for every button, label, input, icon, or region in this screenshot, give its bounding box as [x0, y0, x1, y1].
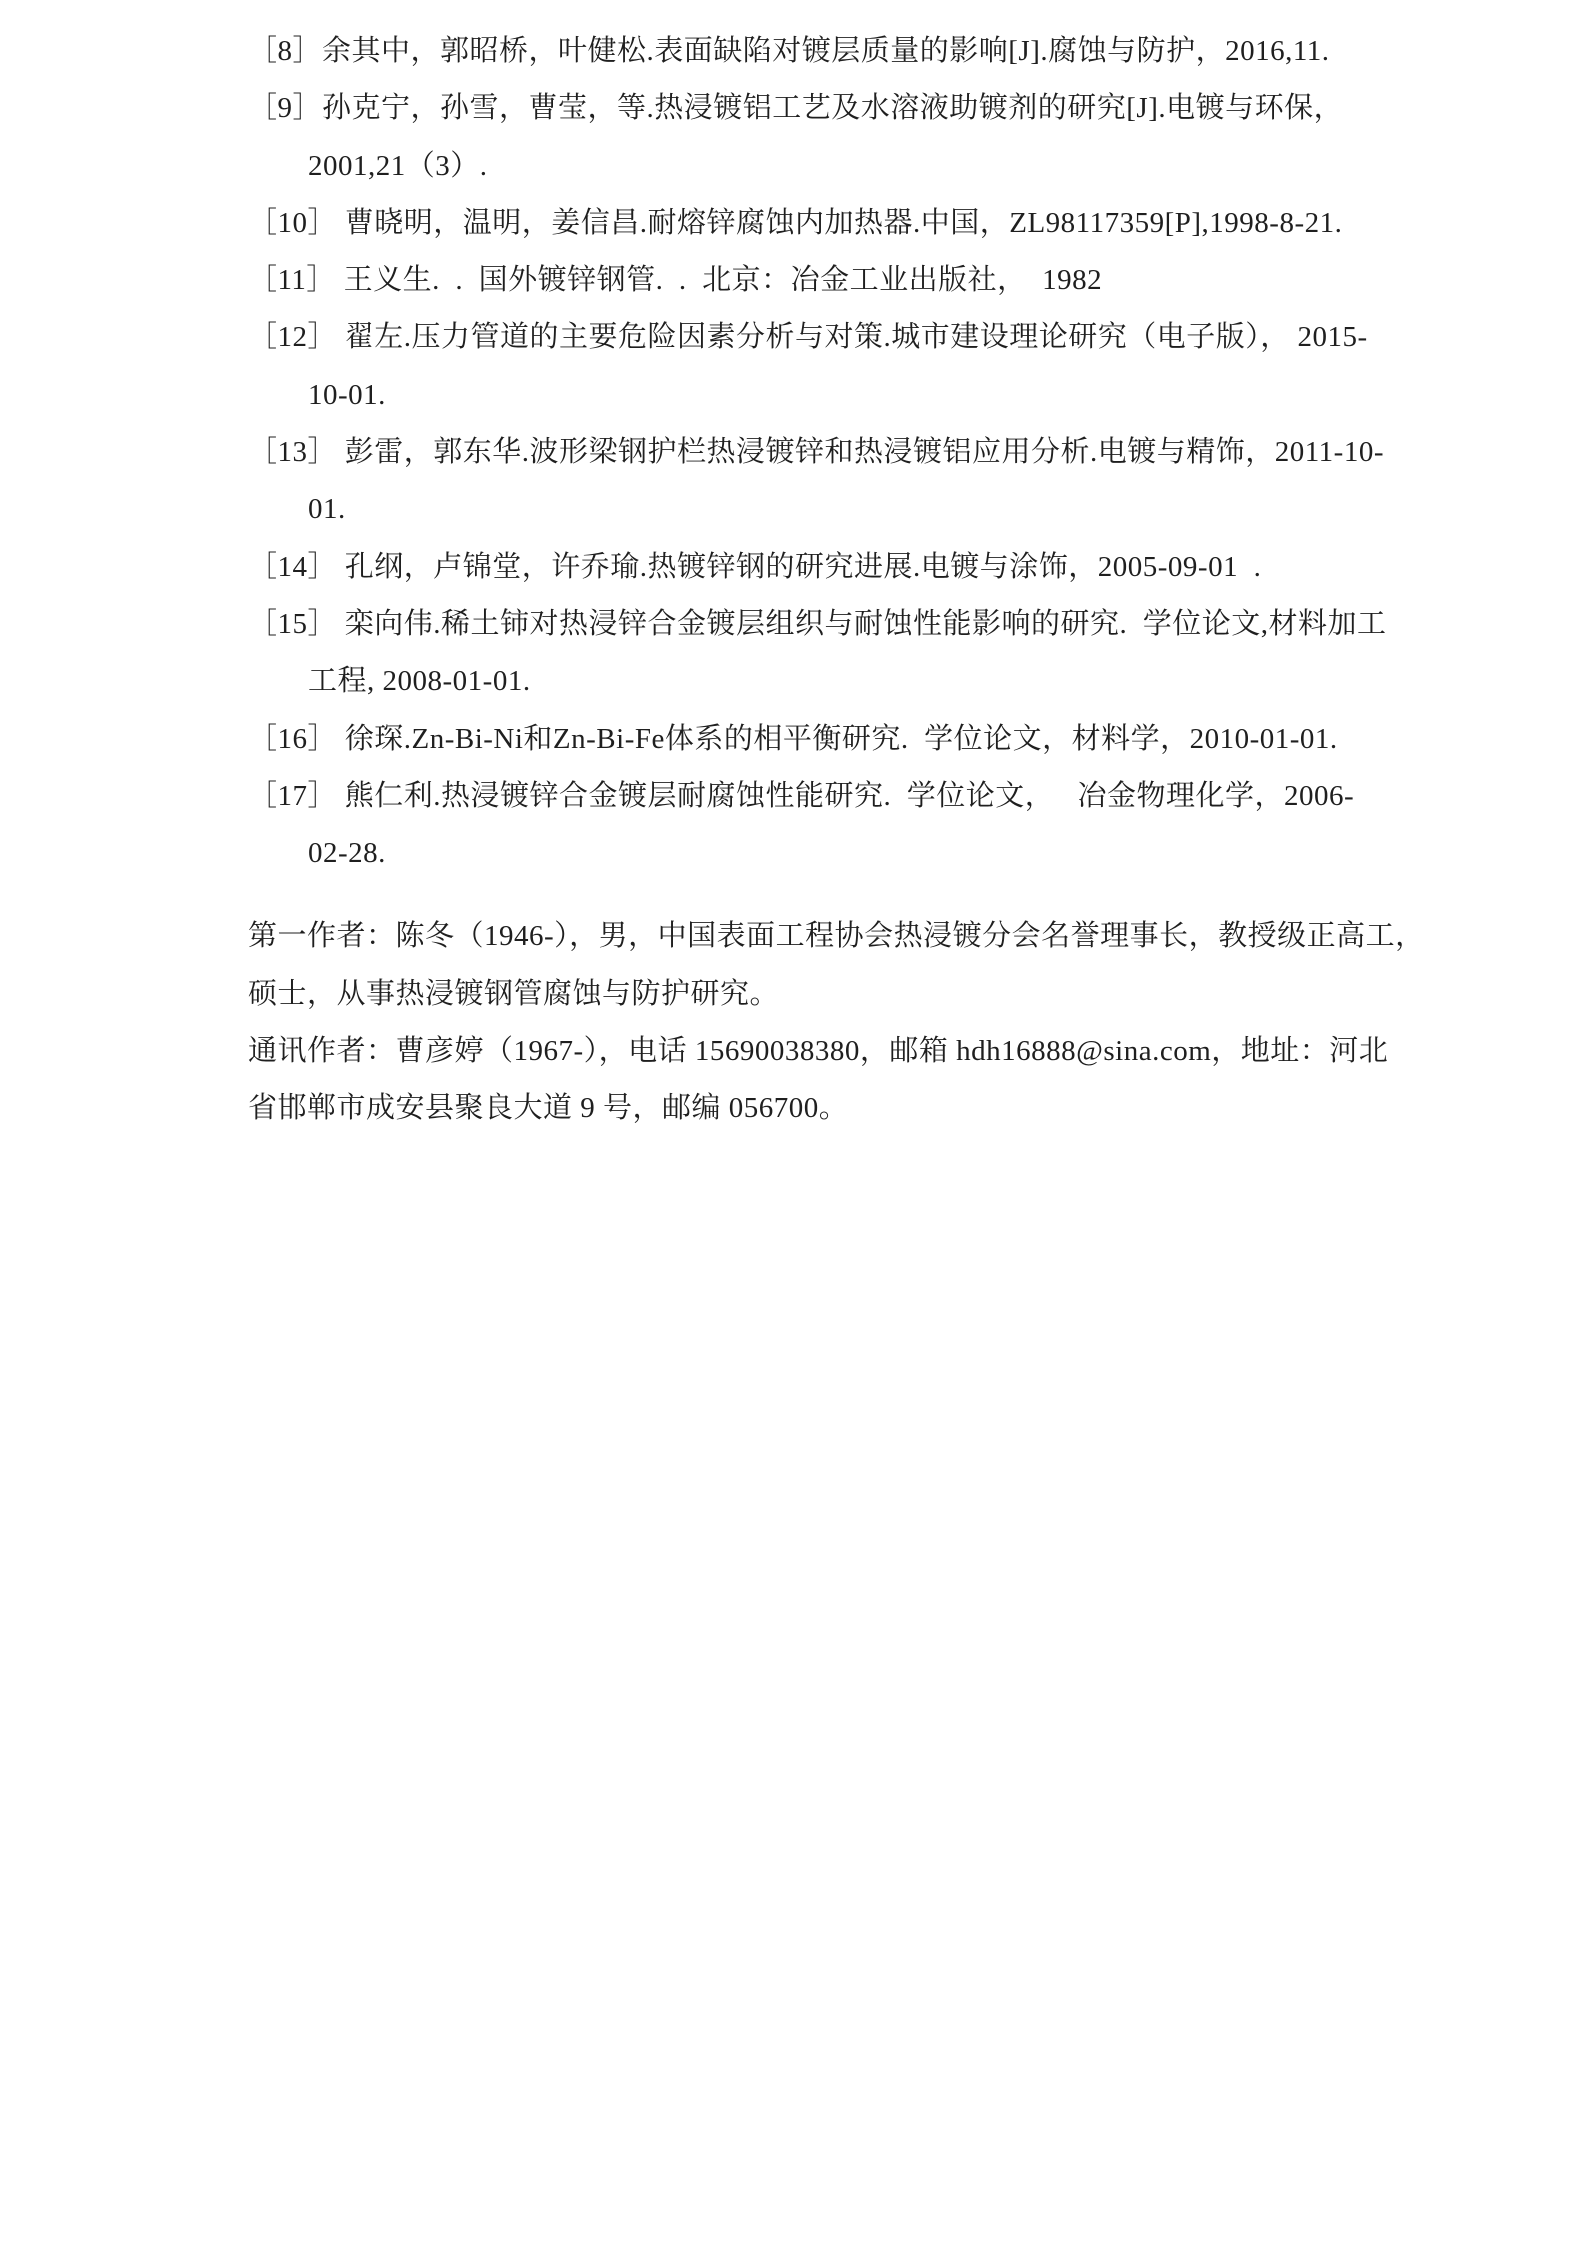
- first-author-line: 第一作者：陈冬（1946-），男，中国表面工程协会热浸镀分会名誉理事长，教授级正…: [248, 908, 1527, 965]
- reference-line: ［10］ 曹晓明，温明，姜信昌.耐熔锌腐蚀内加热器.中国，ZL98117359[…: [248, 195, 1527, 252]
- reference-line: ［12］ 翟左.压力管道的主要危险因素分析与对策.城市建设理论研究（电子版）， …: [248, 309, 1527, 366]
- document-page: ［8］余其中，郭昭桥，叶健松.表面缺陷对镀层质量的影响[J].腐蚀与防护，201…: [0, 0, 1587, 2245]
- corresponding-author-line: 省邯郸市成安县聚良大道 9 号，邮编 056700。: [248, 1080, 1527, 1137]
- reference-line-continuation: 10-01.: [248, 367, 1527, 424]
- reference-line-continuation: 工程, 2008-01-01.: [248, 653, 1527, 710]
- reference-line-continuation: 01.: [248, 481, 1527, 538]
- reference-line: ［9］孙克宁，孙雪，曹莹，等.热浸镀铝工艺及水溶液助镀剂的研究[J].电镀与环保…: [248, 80, 1527, 137]
- reference-line-continuation: 2001,21（3）.: [248, 138, 1527, 195]
- reference-line: ［17］ 熊仁利.热浸镀锌合金镀层耐腐蚀性能研究. 学位论文， 冶金物理化学，2…: [248, 768, 1527, 825]
- first-author-line: 硕士，从事热浸镀钢管腐蚀与防护研究。: [248, 966, 1527, 1023]
- reference-line: ［11］ 王义生. . 国外镀锌钢管. . 北京：冶金工业出版社， 1982: [248, 252, 1527, 309]
- reference-line: ［15］ 栾向伟.稀土铈对热浸锌合金镀层组织与耐蚀性能影响的研究. 学位论文,材…: [248, 596, 1527, 653]
- reference-line: ［8］余其中，郭昭桥，叶健松.表面缺陷对镀层质量的影响[J].腐蚀与防护，201…: [248, 23, 1527, 80]
- reference-line: ［16］ 徐琛.Zn-Bi-Ni和Zn-Bi-Fe体系的相平衡研究. 学位论文，…: [248, 711, 1527, 768]
- reference-line-continuation: 02-28.: [248, 825, 1527, 882]
- references-section: ［8］余其中，郭昭桥，叶健松.表面缺陷对镀层质量的影响[J].腐蚀与防护，201…: [0, 0, 1587, 882]
- reference-line: ［13］ 彭雷，郭东华.波形梁钢护栏热浸镀锌和热浸镀铝应用分析.电镀与精饰，20…: [248, 424, 1527, 481]
- corresponding-author-line: 通讯作者：曹彦婷（1967-），电话 15690038380，邮箱 hdh168…: [248, 1023, 1527, 1080]
- author-info-section: 第一作者：陈冬（1946-），男，中国表面工程协会热浸镀分会名誉理事长，教授级正…: [0, 908, 1587, 1137]
- reference-line: ［14］ 孔纲，卢锦堂，许乔瑜.热镀锌钢的研究进展.电镀与涂饰，2005-09-…: [248, 539, 1527, 596]
